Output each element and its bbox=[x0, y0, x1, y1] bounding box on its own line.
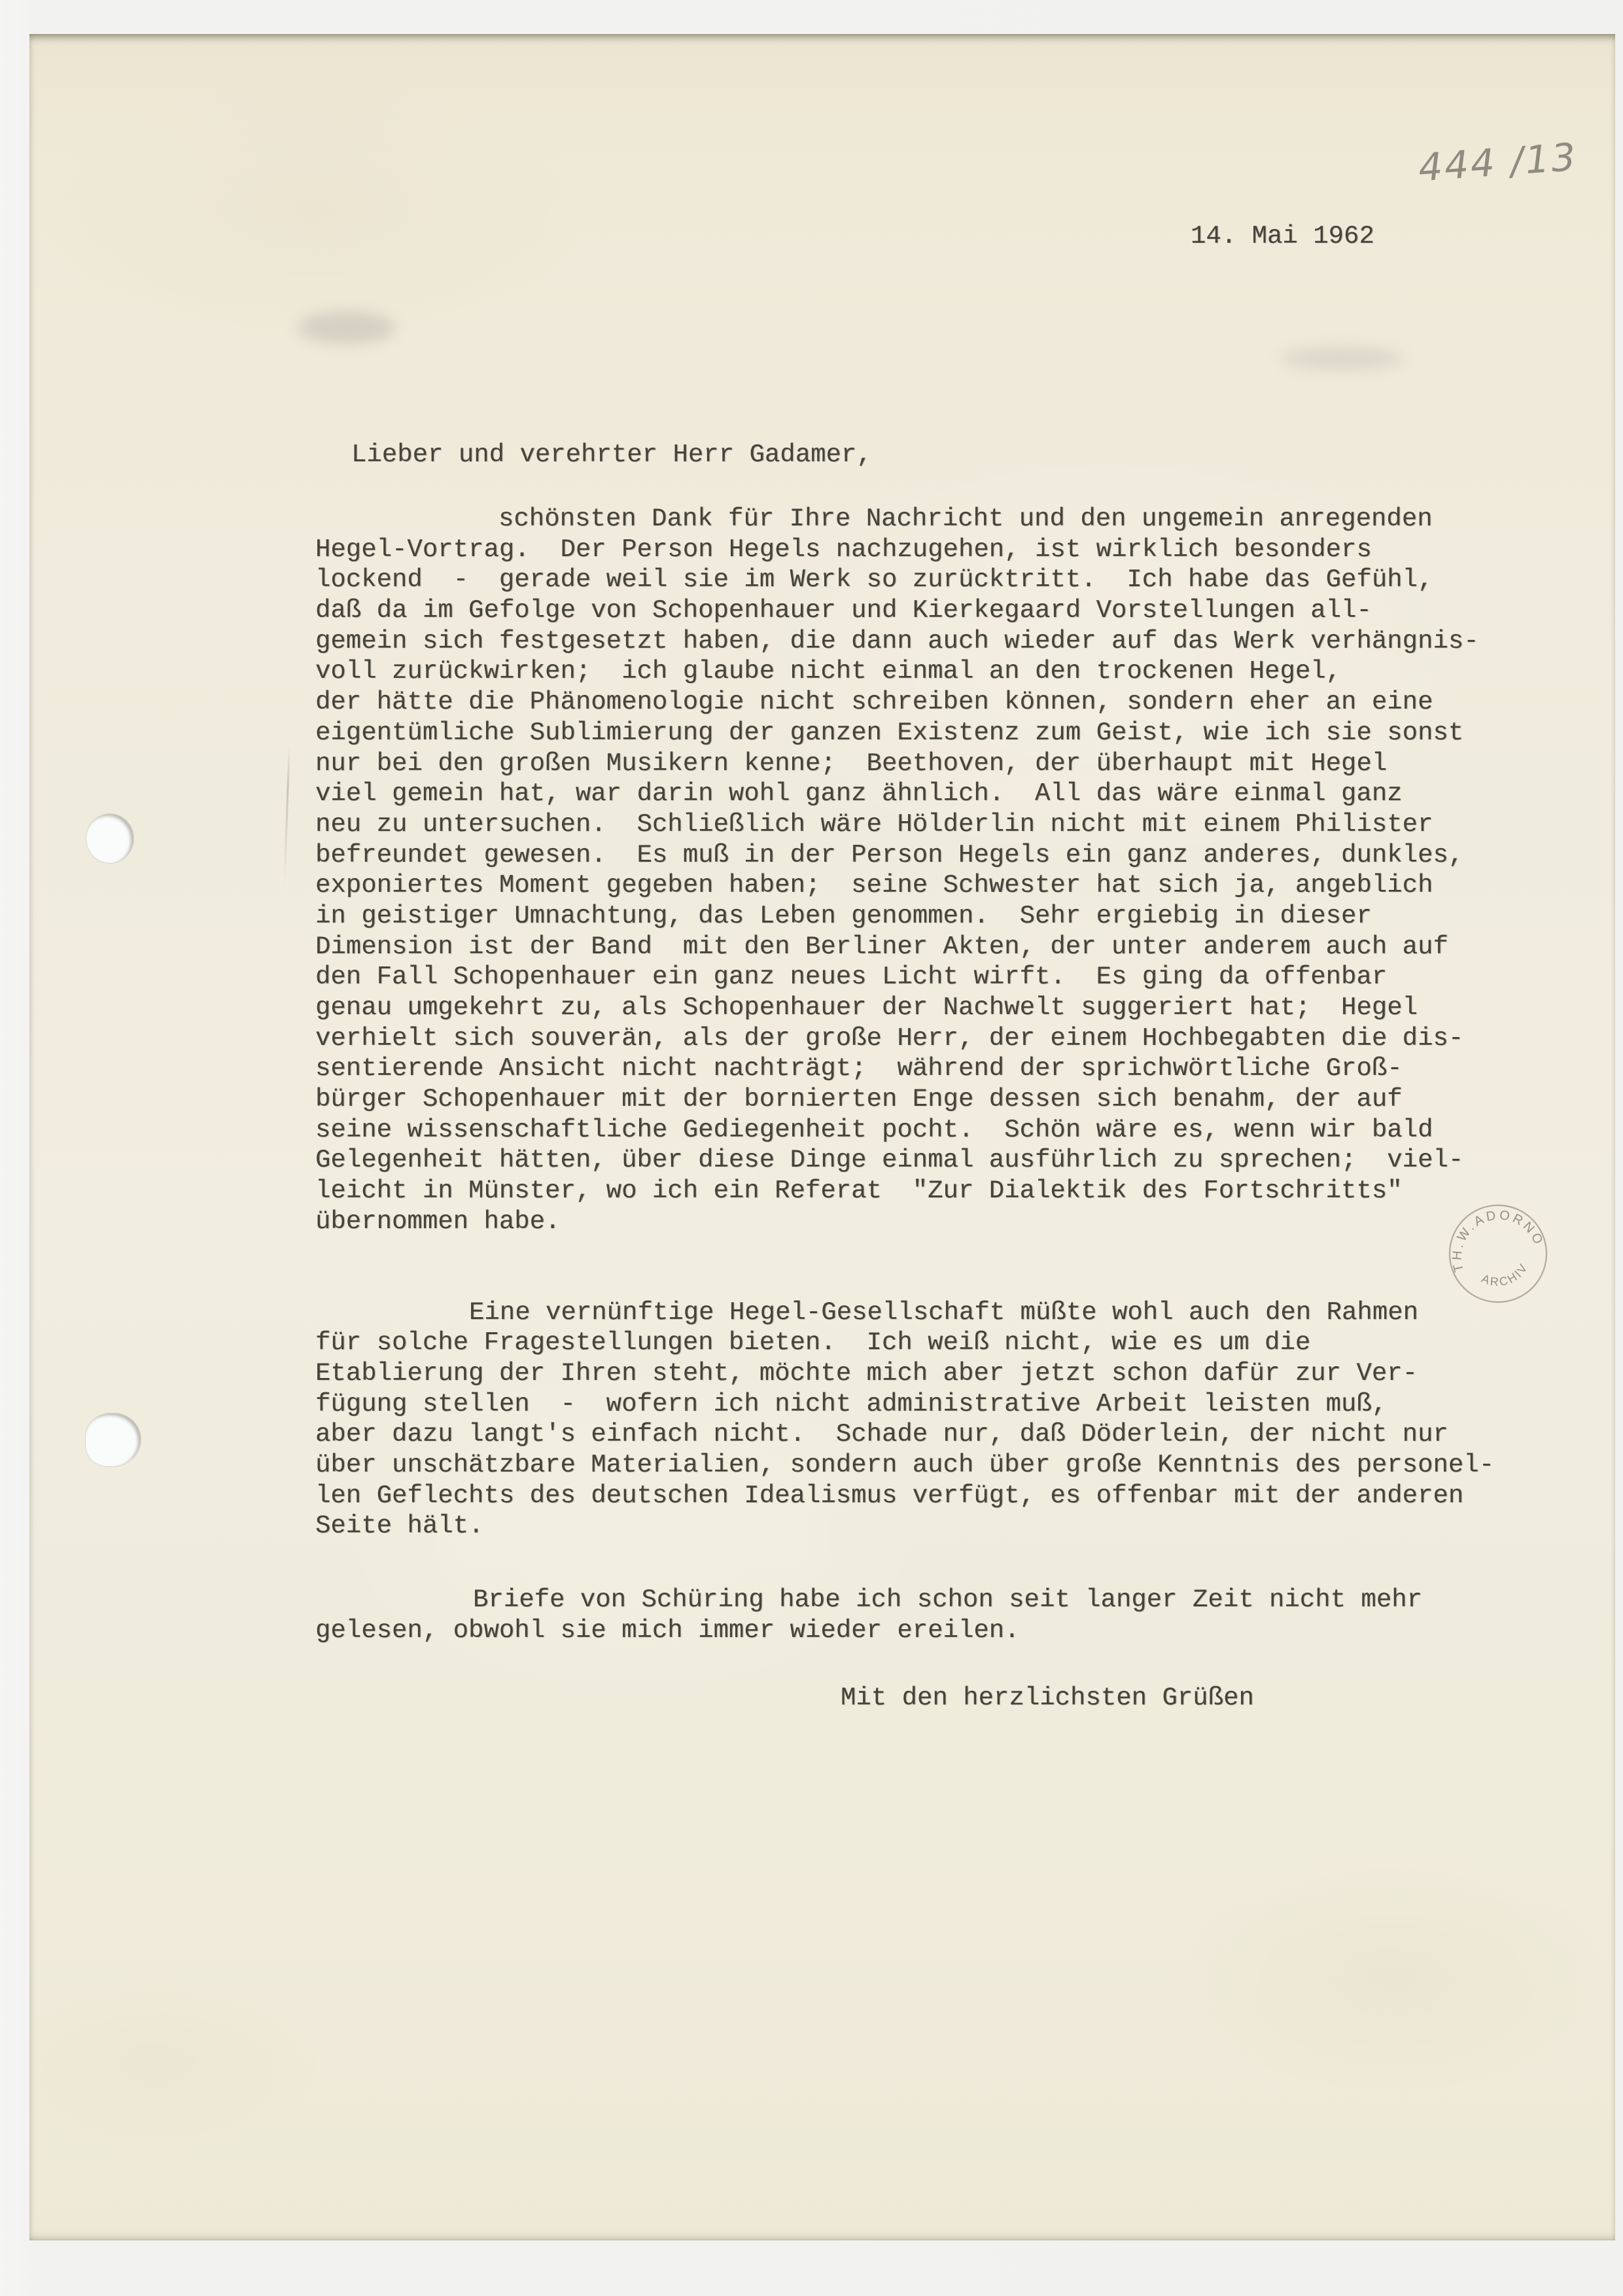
text-line: len Geflechts des deutschen Idealismus v… bbox=[315, 1481, 1494, 1511]
text-line: für solche Fragestellungen bieten. Ich w… bbox=[315, 1328, 1494, 1358]
scan-background: 444 /13 14. Mai 1962 Lieber und verehrte… bbox=[0, 0, 1623, 2296]
text-line: exponiertes Moment gegeben haben; seine … bbox=[315, 870, 1494, 901]
text-line: daß da im Gefolge von Schopenhauer und K… bbox=[315, 595, 1494, 626]
text-line: nur bei den großen Musikern kenne; Beeth… bbox=[315, 749, 1494, 779]
text-line: befreundet gewesen. Es muß in der Person… bbox=[315, 840, 1494, 871]
paragraph: schönsten Dank für Ihre Nachricht und de… bbox=[315, 504, 1494, 1237]
text-line: sentierende Ansicht nicht nachträgt; wäh… bbox=[315, 1053, 1494, 1084]
text-line: der hätte die Phänomenologie nicht schre… bbox=[315, 687, 1494, 718]
svg-text:ARCHIV: ARCHIV bbox=[1476, 1258, 1534, 1295]
text-line: verhielt sich souverän, als der große He… bbox=[315, 1023, 1494, 1054]
text-line: eigentümliche Sublimierung der ganzen Ex… bbox=[315, 718, 1494, 749]
text-line: Dimension ist der Band mit den Berliner … bbox=[315, 932, 1494, 963]
text-line: voll zurückwirken; ich glaube nicht einm… bbox=[315, 656, 1494, 687]
text-line: fügung stellen - wofern ich nicht admini… bbox=[315, 1389, 1494, 1420]
text-line: leicht in Münster, wo ich ein Referat "Z… bbox=[315, 1176, 1494, 1207]
text-line: Etablierung der Ihren steht, möchte mich… bbox=[315, 1358, 1494, 1389]
text-line: übernommen habe. bbox=[315, 1207, 1494, 1237]
text-line: neu zu untersuchen. Schließlich wäre Höl… bbox=[315, 809, 1494, 840]
paragraph: Briefe von Schüring habe ich schon seit … bbox=[315, 1585, 1494, 1646]
erased-smudge bbox=[298, 311, 396, 344]
salutation: Lieber und verehrter Herr Gadamer, bbox=[351, 440, 872, 470]
erased-smudge bbox=[1281, 347, 1404, 370]
hole-punch-top bbox=[86, 814, 133, 863]
text-line: schönsten Dank für Ihre Nachricht und de… bbox=[315, 504, 1494, 535]
text-line: in geistiger Umnachtung, das Leben genom… bbox=[315, 901, 1494, 932]
text-line: Gelegenheit hätten, über diese Dinge ein… bbox=[315, 1145, 1494, 1176]
text-line: über unschätzbare Materialien, sondern a… bbox=[315, 1450, 1494, 1481]
closing: Mit den herzlichsten Grüßen bbox=[841, 1683, 1254, 1714]
text-line: bürger Schopenhauer mit der bornierten E… bbox=[315, 1084, 1494, 1115]
stamp-inner-text: ARCHIV bbox=[1476, 1258, 1534, 1295]
text-line: gemein sich festgesetzt haben, die dann … bbox=[315, 626, 1494, 657]
letter-body: schönsten Dank für Ihre Nachricht und de… bbox=[315, 504, 1494, 1646]
text-line: viel gemein hat, war darin wohl ganz ähn… bbox=[315, 779, 1494, 809]
text-line: Briefe von Schüring habe ich schon seit … bbox=[315, 1585, 1494, 1616]
paragraph: Eine vernünftige Hegel-Gesellschaft müßt… bbox=[315, 1298, 1494, 1542]
text-line: genau umgekehrt zu, als Schopenhauer der… bbox=[315, 993, 1494, 1023]
text-line: lockend - gerade weil sie im Werk so zur… bbox=[315, 565, 1494, 595]
hole-punch-bottom bbox=[86, 1413, 141, 1466]
text-line: gelesen, obwohl sie mich immer wieder er… bbox=[315, 1616, 1494, 1646]
text-line: Hegel-Vortrag. Der Person Hegels nachzug… bbox=[315, 535, 1494, 565]
text-line: Eine vernünftige Hegel-Gesellschaft müßt… bbox=[315, 1298, 1494, 1328]
text-line: seine wissenschaftliche Gediegenheit poc… bbox=[315, 1115, 1494, 1146]
text-line: Seite hält. bbox=[315, 1511, 1494, 1542]
text-line: den Fall Schopenhauer ein ganz neues Lic… bbox=[315, 962, 1494, 993]
letter-date: 14. Mai 1962 bbox=[1191, 221, 1374, 252]
text-line: aber dazu langt's einfach nicht. Schade … bbox=[315, 1419, 1494, 1450]
